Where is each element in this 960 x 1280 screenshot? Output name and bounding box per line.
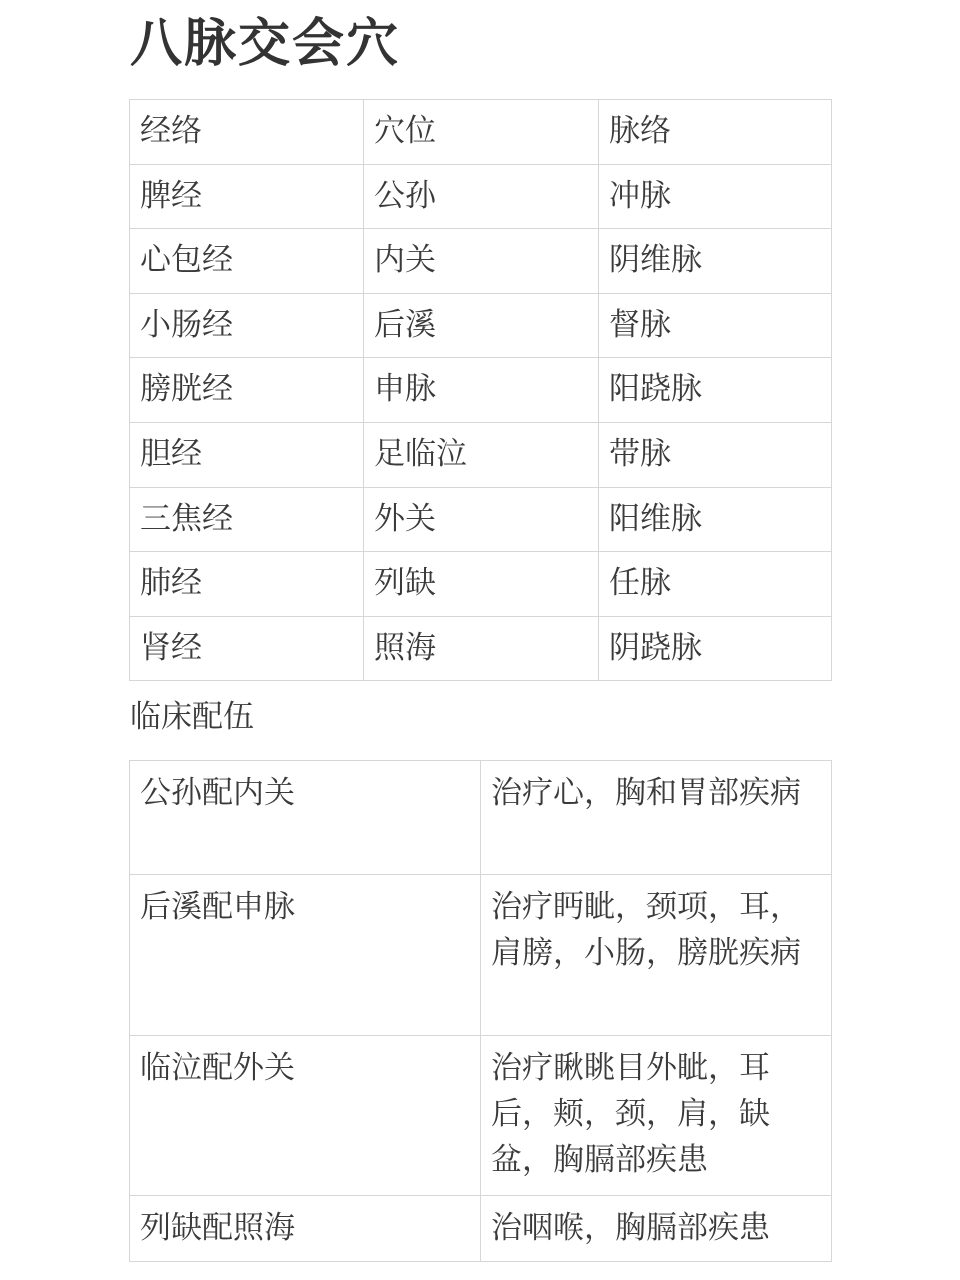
cell-vessel: 阴跷脉 [599,616,832,681]
cell-acupoint: 足临泣 [364,422,599,487]
cell-pairing: 公孙配内关 [130,761,481,875]
cell-meridian: 膀胱经 [130,358,364,423]
cell-vessel: 冲脉 [599,164,832,229]
cell-vessel: 阴维脉 [599,229,832,294]
cell-meridian: 肾经 [130,616,364,681]
cell-meridian: 脾经 [130,164,364,229]
table-row: 膀胱经 申脉 阳跷脉 [130,358,832,423]
table-row: 公孙配内关 治疗心，胸和胃部疾病 [130,761,832,875]
cell-meridian: 小肠经 [130,293,364,358]
table-header-row: 经络 穴位 脉络 [130,100,832,165]
cell-acupoint: 申脉 [364,358,599,423]
cell-meridian: 胆经 [130,422,364,487]
cell-acupoint: 后溪 [364,293,599,358]
cell-acupoint: 公孙 [364,164,599,229]
table-row: 后溪配申脉 治疗眄眦，颈项，耳，肩膀，小肠，膀胱疾病 [130,875,832,1036]
section-title: 临床配伍 [130,694,254,740]
cell-meridian: 心包经 [130,229,364,294]
header-acupoint: 穴位 [364,100,599,165]
table-row: 脾经 公孙 冲脉 [130,164,832,229]
header-vessel: 脉络 [599,100,832,165]
cell-indication: 治咽喉，胸膈部疾患 [481,1196,832,1262]
meridian-acupoint-table: 经络 穴位 脉络 脾经 公孙 冲脉 心包经 内关 阴维脉 小肠经 后溪 督脉 膀… [129,99,832,681]
cell-acupoint: 外关 [364,487,599,552]
page-title: 八脉交会穴 [130,12,400,76]
table-row: 三焦经 外关 阳维脉 [130,487,832,552]
cell-vessel: 带脉 [599,422,832,487]
table-row: 临泣配外关 治疗瞅眺目外眦，耳后，颊，颈，肩，缺盆，胸膈部疾患 [130,1036,832,1196]
table-row: 肾经 照海 阴跷脉 [130,616,832,681]
table-row: 心包经 内关 阴维脉 [130,229,832,294]
cell-indication: 治疗心，胸和胃部疾病 [481,761,832,875]
cell-pairing: 临泣配外关 [130,1036,481,1196]
cell-indication: 治疗眄眦，颈项，耳，肩膀，小肠，膀胱疾病 [481,875,832,1036]
cell-pairing: 后溪配申脉 [130,875,481,1036]
cell-acupoint: 照海 [364,616,599,681]
cell-acupoint: 列缺 [364,552,599,617]
table-row: 肺经 列缺 任脉 [130,552,832,617]
cell-vessel: 阳跷脉 [599,358,832,423]
cell-indication: 治疗瞅眺目外眦，耳后，颊，颈，肩，缺盆，胸膈部疾患 [481,1036,832,1196]
clinical-pairing-table: 公孙配内关 治疗心，胸和胃部疾病 后溪配申脉 治疗眄眦，颈项，耳，肩膀，小肠，膀… [129,760,832,1262]
cell-vessel: 阳维脉 [599,487,832,552]
cell-pairing: 列缺配照海 [130,1196,481,1262]
cell-vessel: 任脉 [599,552,832,617]
table-row: 胆经 足临泣 带脉 [130,422,832,487]
cell-meridian: 肺经 [130,552,364,617]
table-row: 小肠经 后溪 督脉 [130,293,832,358]
cell-acupoint: 内关 [364,229,599,294]
cell-meridian: 三焦经 [130,487,364,552]
header-meridian: 经络 [130,100,364,165]
cell-vessel: 督脉 [599,293,832,358]
table-row: 列缺配照海 治咽喉，胸膈部疾患 [130,1196,832,1262]
